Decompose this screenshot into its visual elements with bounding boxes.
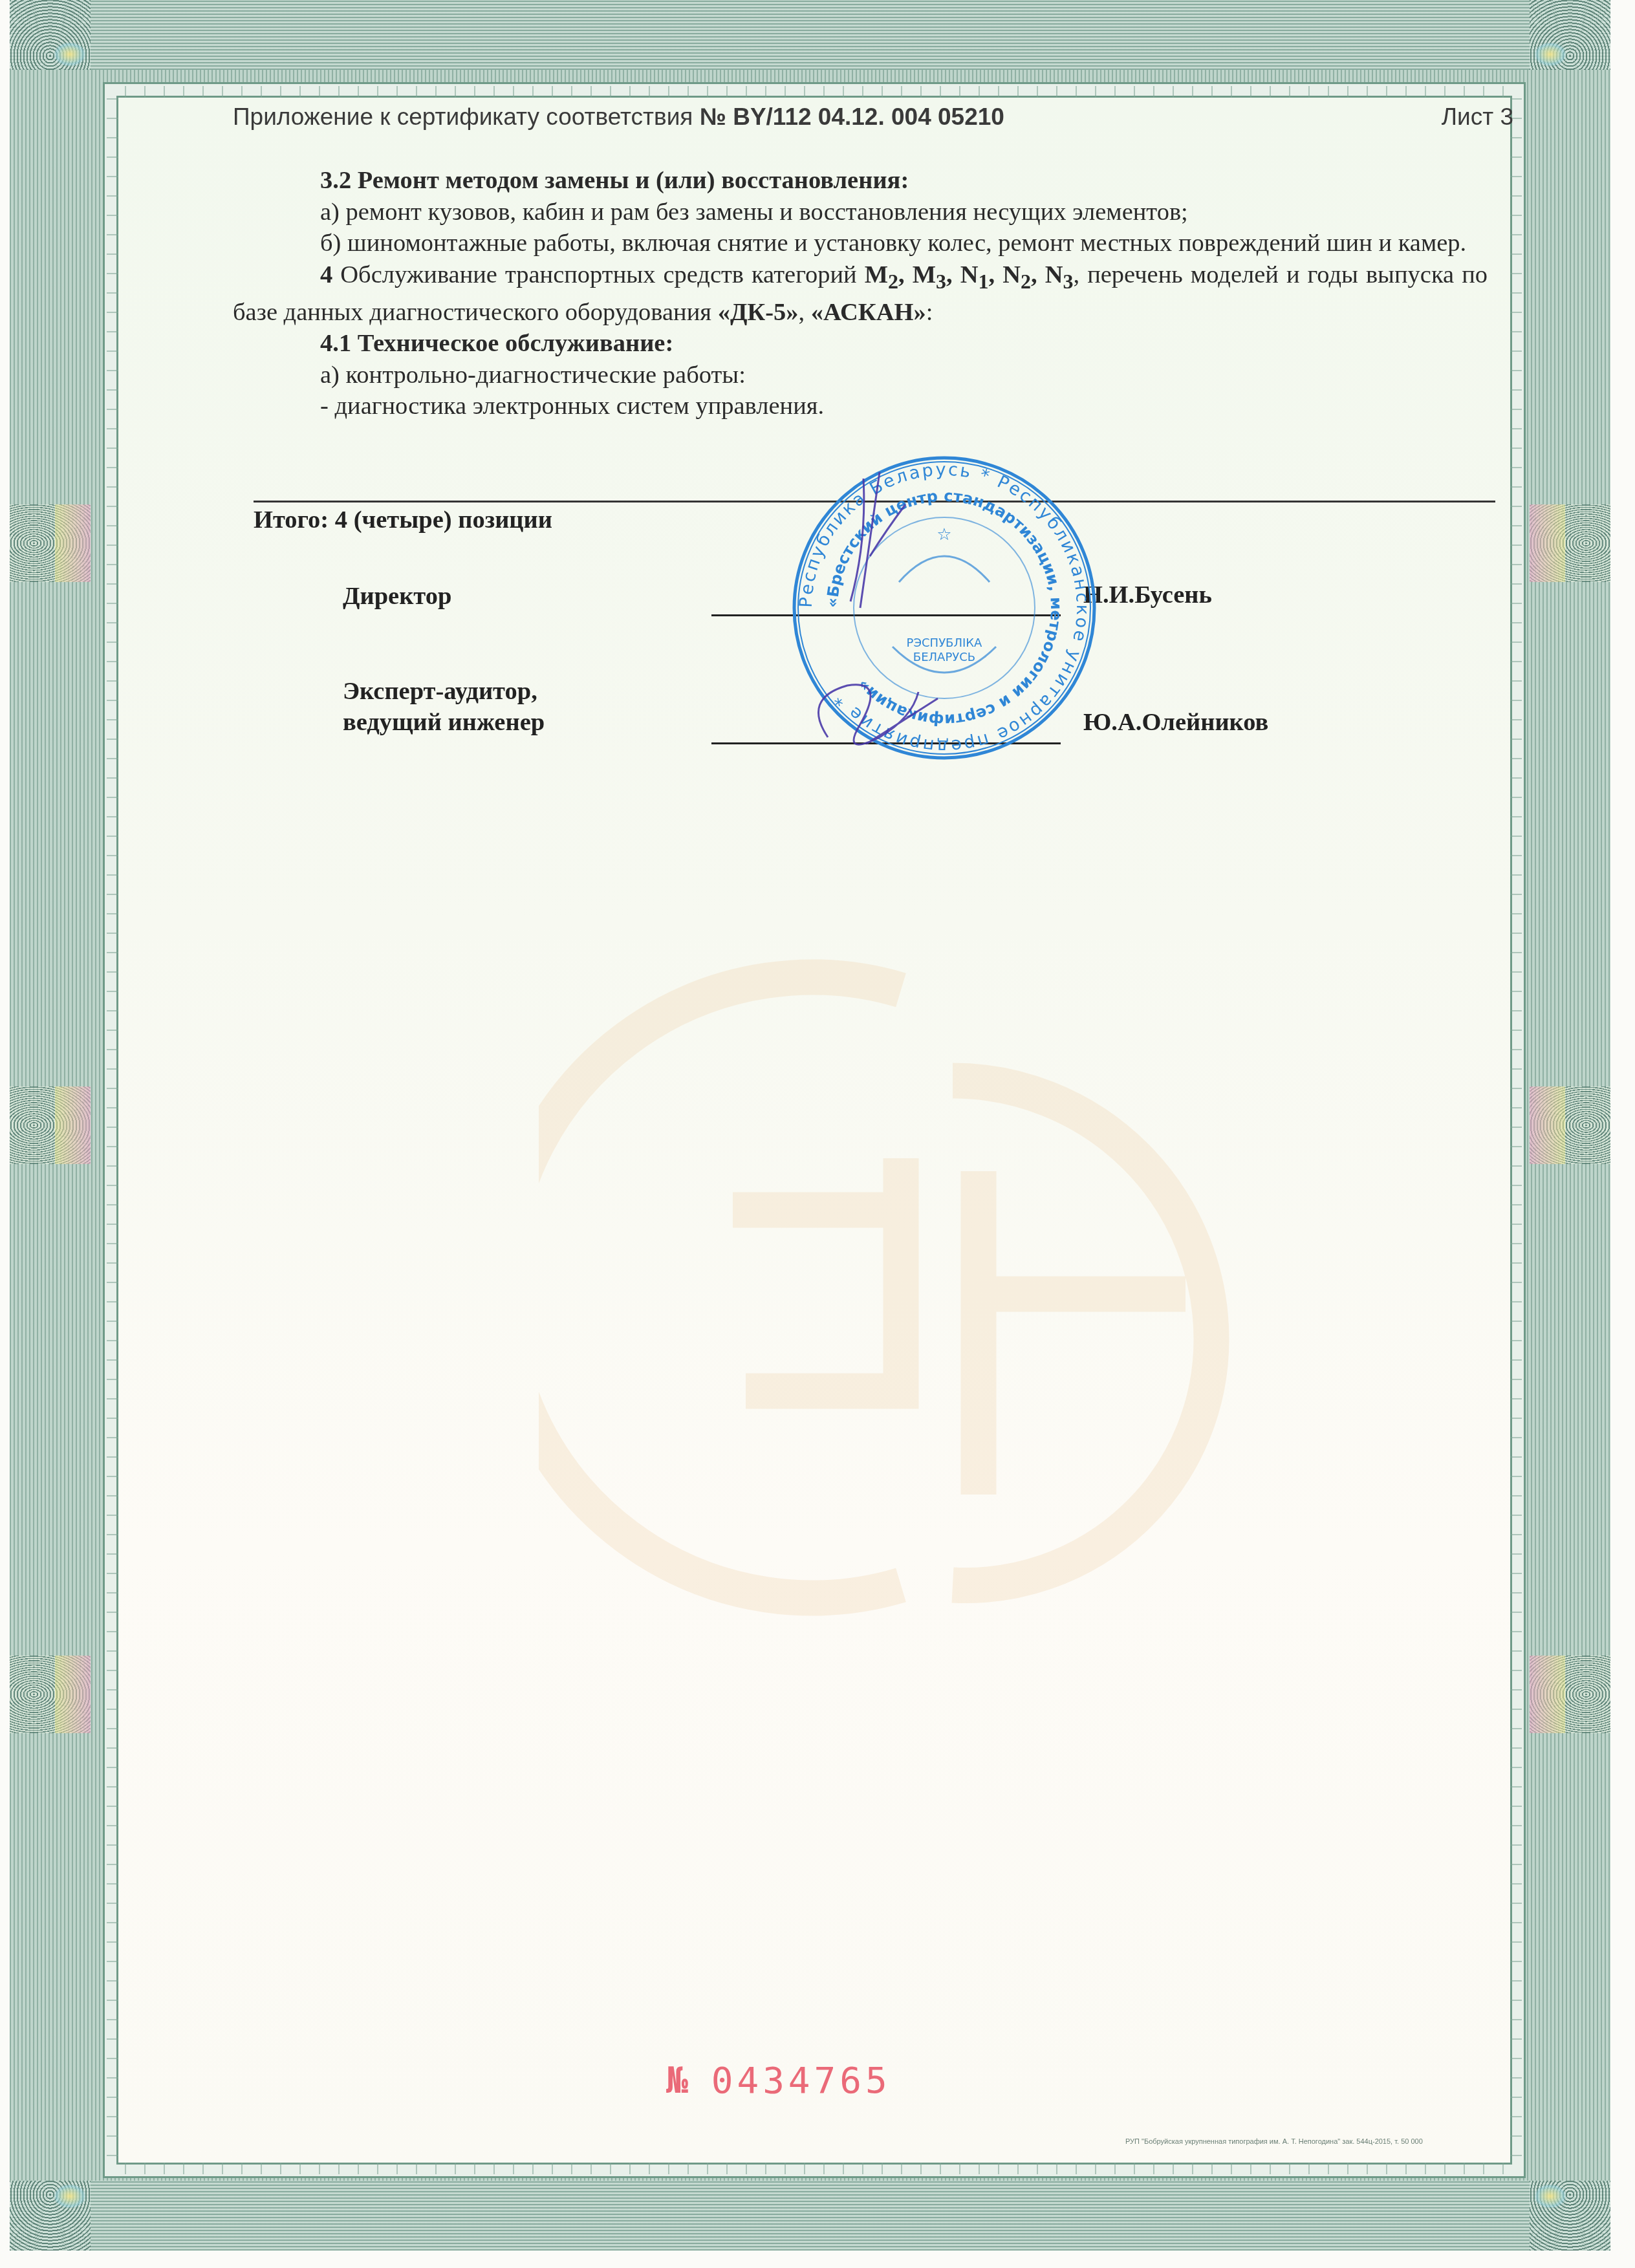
side-rosette-icon: [10, 1656, 91, 1733]
svg-text:☆: ☆: [937, 525, 951, 545]
section-4-1-title: 4.1 Техническое обслуживание:: [233, 328, 1488, 360]
svg-text:РЭСПУБЛІКА: РЭСПУБЛІКА: [907, 636, 982, 650]
sheet-number: Лист 3: [1442, 103, 1513, 131]
document-body: 3.2 Ремонт методом замены и (или) восста…: [233, 165, 1488, 422]
section-4-number: 4: [320, 261, 332, 288]
stamp-inner-text: «Брестский центр стандартизации, метроло…: [823, 487, 1065, 729]
vehicle-category: N3: [1045, 261, 1074, 288]
signer-name-director: Н.И.Бусень: [1083, 581, 1212, 609]
cb-watermark-icon: [539, 938, 1315, 1650]
certificate-number: № BY/112 04.12. 004 05210: [700, 103, 1004, 130]
role-line: ведущий инженер: [343, 707, 545, 738]
side-rosette-icon: [1530, 504, 1610, 582]
printer-imprint: РУП "Бобруйская укрупненная типография и…: [1125, 2138, 1423, 2146]
section-4-text: Обслуживание транспортных средств катего…: [332, 261, 864, 288]
equipment-askan: «АСКАН»: [811, 299, 926, 326]
corner-rosette-icon: [1530, 0, 1610, 70]
role-line: Директор: [343, 583, 451, 610]
section-4-1-a-item: - диагностика электронных систем управле…: [233, 391, 1488, 422]
signer-role-director: Директор: [343, 581, 451, 612]
section-3-2-b: б) шиномонтажные работы, включая снятие …: [233, 228, 1488, 259]
total-positions: Итого: 4 (четыре) позиции: [254, 506, 552, 534]
corner-rosette-icon: [10, 2181, 91, 2251]
vehicle-category: N2,: [1002, 261, 1045, 288]
corner-rosette-icon: [1530, 2181, 1610, 2251]
section-3-2-title: 3.2 Ремонт методом замены и (или) восста…: [233, 165, 1488, 197]
header-title: Приложение к сертификату соответствия: [233, 103, 700, 130]
frame-bottom-band: [10, 2181, 1610, 2251]
signer-role-expert: Эксперт-аудитор, ведущий инженер: [343, 676, 545, 738]
frame-top-band: [10, 0, 1610, 70]
separator: ,: [799, 299, 811, 326]
side-rosette-icon: [10, 1086, 91, 1164]
vehicle-category: N1,: [960, 261, 1002, 288]
document-header: Приложение к сертификату соответствия № …: [233, 103, 1513, 131]
side-rosette-icon: [1530, 1086, 1610, 1164]
vehicle-category: M3,: [913, 261, 960, 288]
side-rosette-icon: [1530, 1656, 1610, 1733]
section-4-1-a: а) контрольно-диагностические работы:: [233, 360, 1488, 391]
svg-text:БЕЛАРУСЬ: БЕЛАРУСЬ: [913, 651, 975, 664]
vehicle-categories: M2, M3, N1, N2, N3: [865, 261, 1074, 288]
signer-name-expert: Ю.А.Олейников: [1083, 708, 1268, 737]
section-4: 4 Обслуживание транспортных средств кате…: [233, 259, 1488, 329]
number-sign: №: [666, 2060, 692, 2102]
corner-rosette-icon: [10, 0, 91, 70]
serial-digits: 0434765: [711, 2060, 891, 2102]
role-line: Эксперт-аудитор,: [343, 676, 545, 707]
svg-text:«Брестский центр стандартизаци: «Брестский центр стандартизации, метроло…: [823, 487, 1065, 729]
section-3-2-a: а) ремонт кузовов, кабин и рам без замен…: [233, 197, 1488, 228]
vehicle-category: M2,: [865, 261, 913, 288]
blank-serial-number: №0434765: [666, 2060, 891, 2102]
official-stamp-icon: Республика Беларусь * Республиканское ун…: [789, 453, 1099, 763]
side-rosette-icon: [10, 504, 91, 582]
colon: :: [926, 299, 933, 326]
equipment-dk5: «ДК-5»: [718, 299, 799, 326]
